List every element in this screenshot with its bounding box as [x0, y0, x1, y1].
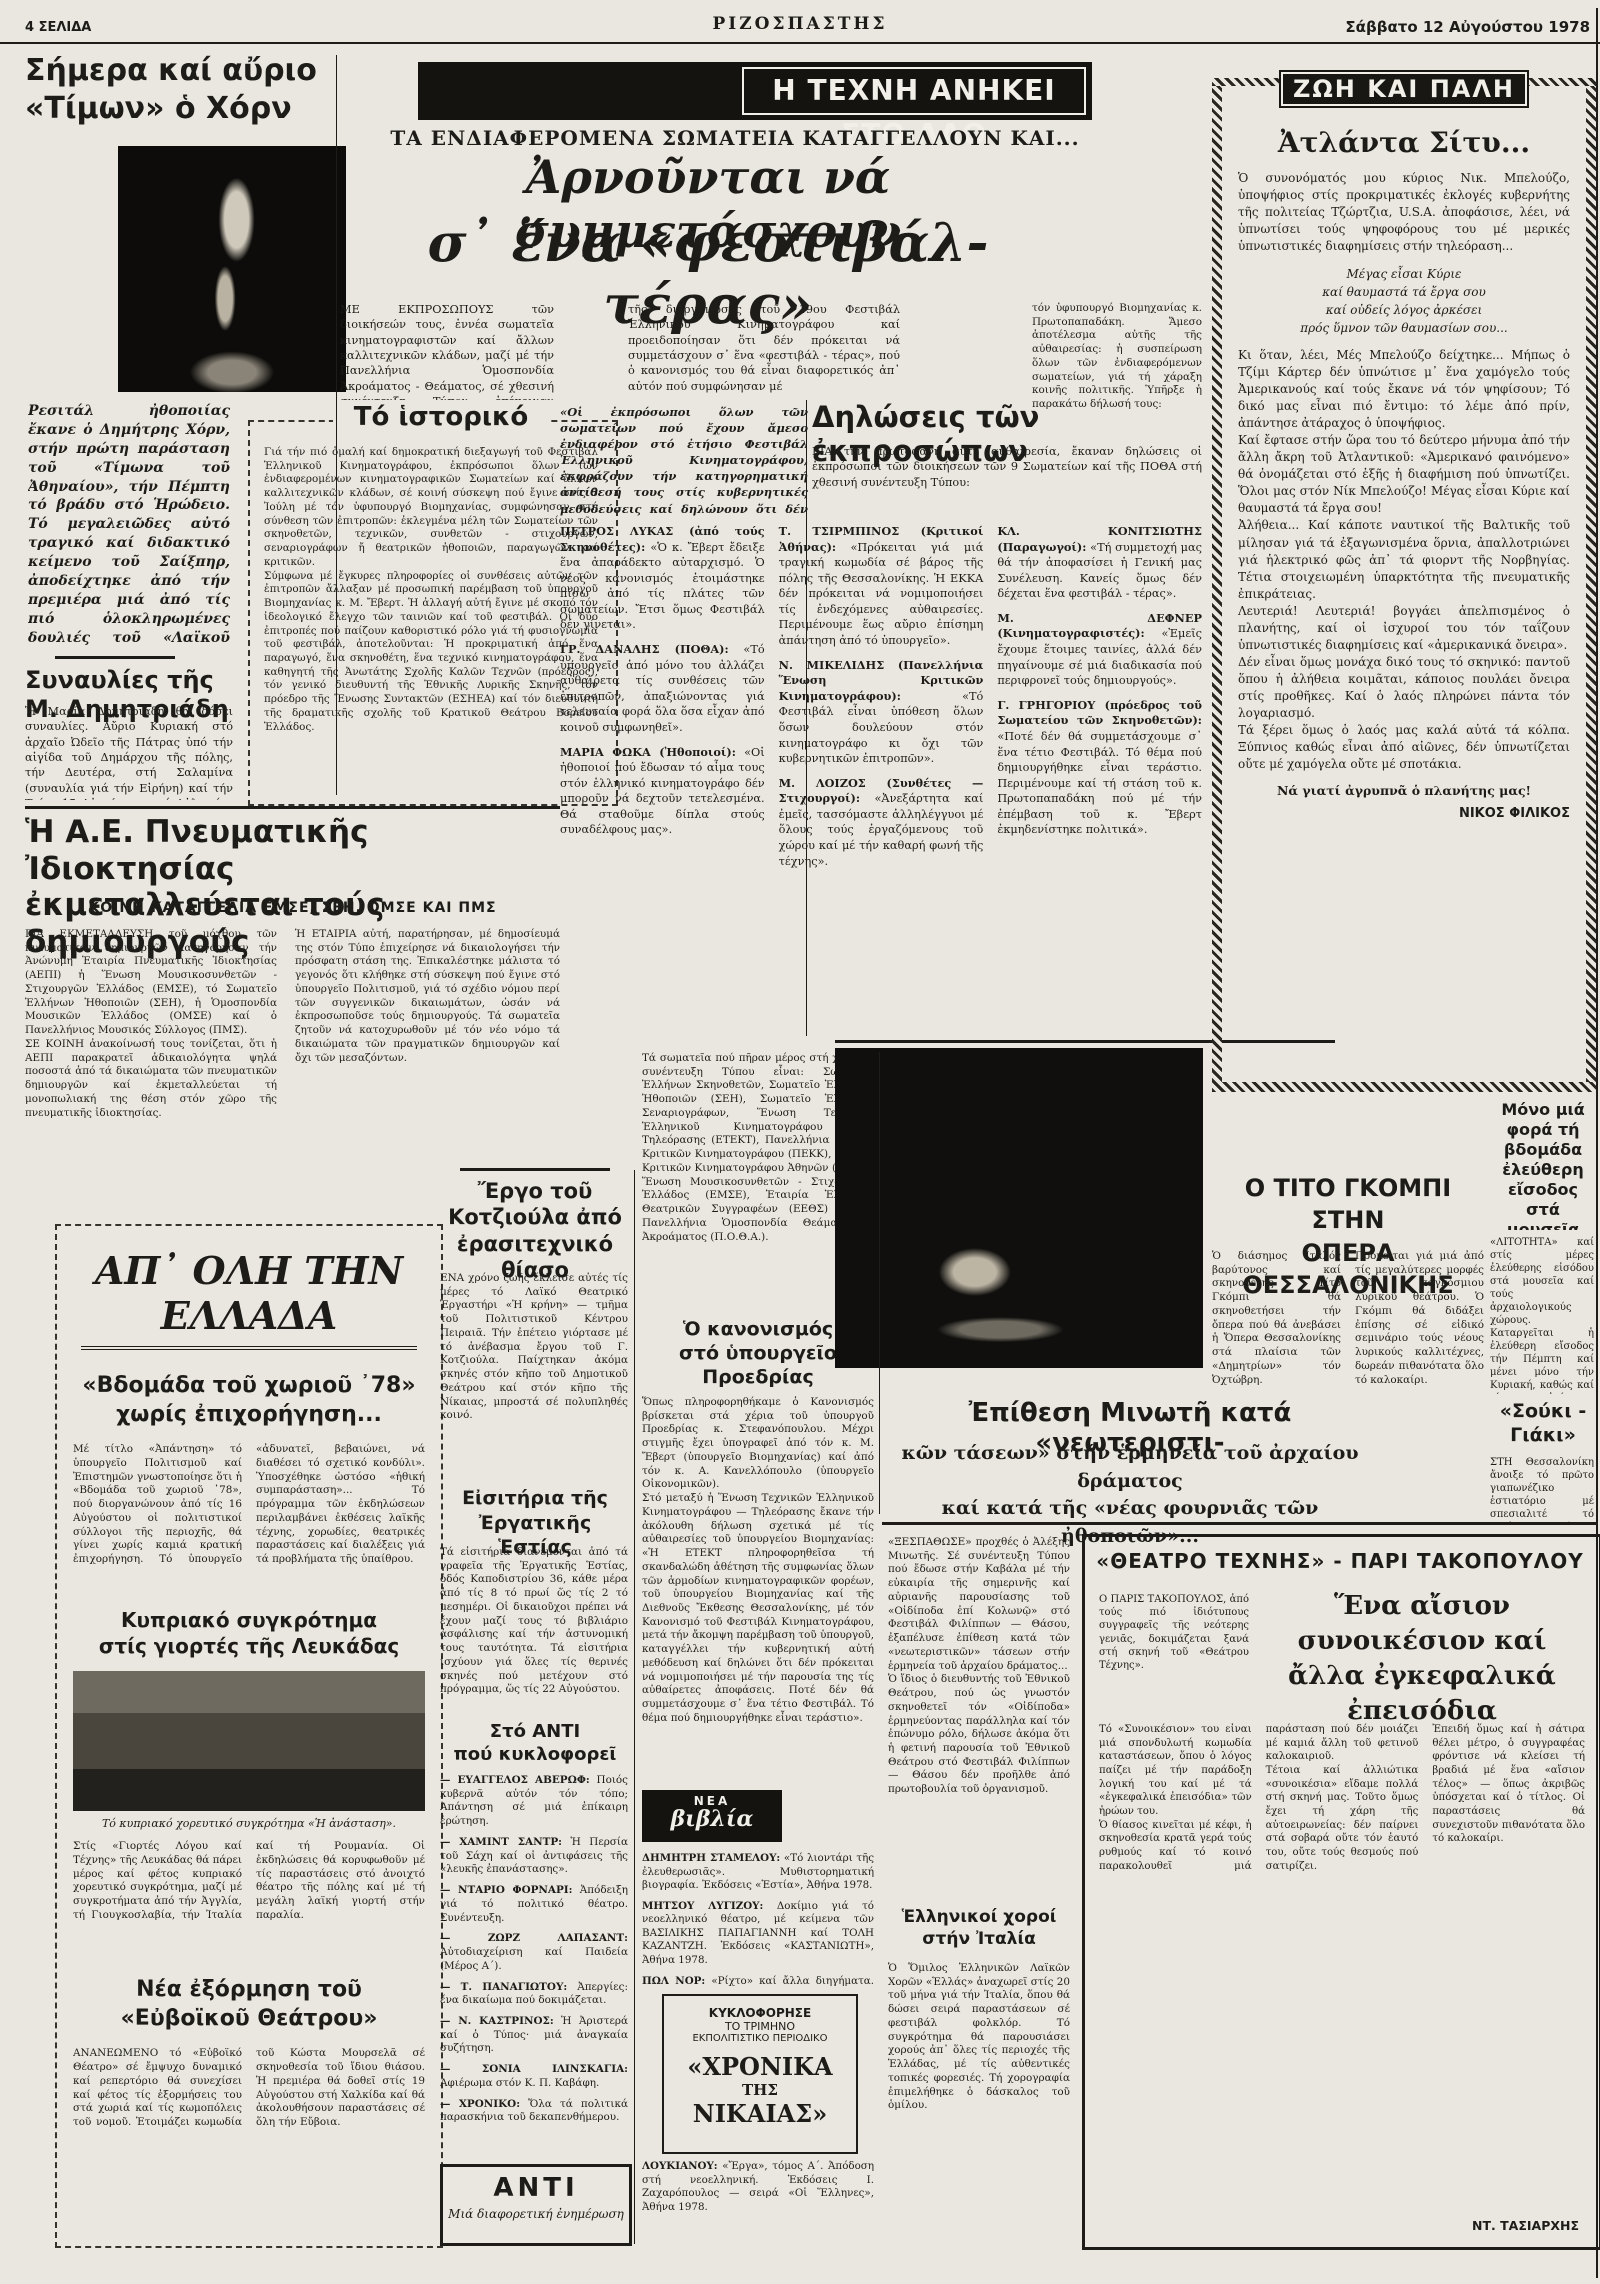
anti-item-author: Ν. ΚΑΣΤΡΙΝΟΣ: — [458, 2015, 554, 2027]
vdomada-body: Μέ τίτλο «Ἀπάντηση» τό ὑπουργεῖο Πολιτισ… — [73, 1443, 425, 1589]
anti-item-author: ΧΑΜΙΝΤ ΣΑΝΤΡ: — [459, 1836, 562, 1848]
speaker-name: Ν. ΜΙΚΕΛΙΔΗΣ (Πανελλήνια Ἕνωση Κριτικῶν … — [779, 658, 984, 703]
xoroi-body: Ὁ Ὅμιλος Ἑλληνικῶν Λαϊκῶν Χορῶν «Ἑλλάς» … — [888, 1962, 1070, 2242]
banner-title: Η ΤΕΧΝΗ ΑΝΗΚΕΙ ΣΤΟ ΛΑΟ — [742, 67, 1086, 115]
zoi-box: ΖΩΗ ΚΑΙ ΠΑΛΗ Ἀτλάντα Σίτυ... Ὁ συνονόματ… — [1212, 78, 1596, 1092]
theatro-intro: Ο ΠΑΡΙΣ ΤΑΚΟΠΟΥΛΟΣ, ἀπό τούς πιό ἰδιότυπ… — [1099, 1593, 1249, 1711]
book-item: ΜΗΤΣΟΥ ΛΥΓΙΖΟΥ: Δοκίμιο γιά τό νεοελληνι… — [642, 1900, 874, 1968]
dilosis-lead: ΓΙΑ τήν πρωτοφανή αὐτή αὐθαιρεσία, ἔκανα… — [812, 444, 1202, 516]
speaker-quote: «Τό ὑπουργεῖο ἀπό μόνο του ἀλλάζει αὐθαί… — [560, 643, 765, 734]
zoi-border-left — [1212, 78, 1222, 1092]
zoi-border-right — [1586, 78, 1596, 1092]
zoi-verse: Μέγας εἶσαι Κύριε καί θαυμαστά τά ἔργα σ… — [1238, 265, 1570, 337]
xronika-box: ΚΥΚΛΟΦΟΡΗΣΕ ΤΟ ΤΡΙΜΗΝΟ ΕΚΠΟΛΙΤΙΣΤΙΚΟ ΠΕΡ… — [662, 1994, 858, 2154]
loukianos-entry: ΛΟΥΚΙΑΝΟΥ: «Ἔργα», τόμος Α΄. Ἀπόδοση στή… — [642, 2160, 874, 2244]
minotis-body: «ΞΕΣΠΑΘΩΣΕ» προχθές ὁ Ἀλέξης Μινωτῆς. Σέ… — [888, 1536, 1070, 1896]
loukianos-author: ΛΟΥΚΙΑΝΟΥ: — [642, 2160, 718, 2172]
nea-vivlia-label-bottom: βιβλία — [642, 1808, 782, 1830]
divider — [460, 1168, 610, 1171]
xoroi-headline-line1: Ἑλληνικοί χοροί — [902, 1907, 1057, 1927]
zoi-headline: Ἀτλάντα Σίτυ... — [1232, 126, 1576, 159]
theatro-headline: Ἕνα αἴσιον συνοικέσιον καίἄλλα ἐγκεφαλικ… — [1257, 1589, 1587, 1729]
quote-item: Ν. ΜΙΚΕΛΙΔΗΣ (Πανελλήνια Ἕνωση Κριτικῶν … — [779, 658, 984, 767]
timon-photo — [118, 146, 346, 392]
vdomada-headline-line2: χωρίς ἐπιχορήγηση... — [116, 1402, 382, 1427]
historic-body: Γιά τήν πιό ὁμαλή καί δημοκρατική διεξαγ… — [264, 446, 598, 790]
quote-item: Τ. ΤΣΙΡΜΠΙΝΟΣ (Κριτικοί Ἀθήνας): «Πρόκει… — [779, 524, 984, 649]
anti-list-item: ΧΡΟΝΙΚΟ: Ὅλα τά πολιτικά παρασκήνια τοῦ … — [440, 2098, 628, 2125]
anti-ad-title: ΑΝΤΙ — [443, 2173, 629, 2203]
eisitiria-headline-line1: Εἰσιτήρια τῆς — [462, 1487, 608, 1509]
souki-headline-line2: Γιάκι» — [1510, 1424, 1576, 1446]
dilosis-quotes: ΠΕΤΡΟΣ ΛΥΚΑΣ (ἀπό τούς Σκηνοθέτες): «Ὁ κ… — [560, 524, 1202, 1038]
column-rule — [806, 400, 807, 1036]
ap-oli-title: ΑΠ᾽ ΟΛΗ ΤΗΝ ΕΛΛΑΔΑ — [81, 1248, 417, 1350]
kanonismos-headline-line3: Προεδρίας — [702, 1366, 814, 1388]
xronika-line3: ΕΚΠΟΛΙΤΙΣΤΙΚΟ ΠΕΡΙΟΔΙΚΟ — [664, 2033, 856, 2044]
kanonismos-body: Ὅπως πληροφορηθήκαμε ὁ Κανονισμός βρίσκε… — [642, 1396, 874, 1782]
zoi-border-top-right — [1526, 78, 1596, 86]
kypriako-headline-line2: στίς γιορτές τῆς Λευκάδας — [99, 1634, 399, 1658]
anti-list-item: ΣΟΝΙΑ ΙΛΙΝΣΚΑΓΙΑ: Ἀφιέρωμα στόν Κ. Π. Κα… — [440, 2063, 628, 2090]
aepi-col1: ΓΙΑ ΕΚΜΕΤΑΛΛΕΥΣΗ τοῦ μόχθου τῶν πνευματι… — [25, 928, 277, 1166]
quote-item: ΠΕΤΡΟΣ ΛΥΚΑΣ (ἀπό τούς Σκηνοθέτες): «Ὁ κ… — [560, 524, 765, 633]
quote-item: ΜΑΡΙΑ ΦΩΚΑ (Ἠθοποιοί): «Οἱ ἠθοποιοί πού … — [560, 745, 765, 838]
sto-anti-headline-line1: Στό ΑΝΤΙ — [490, 1721, 580, 1742]
kotzioulas-headline: Ἔργο τοῦΚοτζιούλα ἀπόἐρασιτεχνικό θίασο — [440, 1178, 630, 1283]
speaker-name: ΜΑΡΙΑ ΦΩΚΑ (Ἠθοποιοί): — [560, 745, 736, 759]
kotzioulas-headline-line2: Κοτζιούλα ἀπό — [448, 1205, 622, 1229]
masthead: ΡΙΖΟΣΠΑΣΤΗΣ — [650, 14, 950, 34]
book-author: ΠΩΛ ΝΟΡ: — [642, 1975, 705, 1987]
zoi-paragraph-1: Ὁ συνονόματός μου κύριος Νικ. Μπελούζο, … — [1238, 170, 1570, 255]
book-author: ΜΗΤΣΟΥ ΛΥΓΙΖΟΥ: — [642, 1900, 763, 1912]
timon-headline: Σήμερα καί αὔριο «Τίμων» ὁ Χόρν — [25, 52, 333, 127]
column-rule — [879, 1052, 880, 1514]
theatro-box: «ΘΕΑΤΡΟ ΤΕΧΝΗΣ» - ΠΑΡΙ ΤΑΚΟΠΟΥΛΟΥ Ο ΠΑΡΙ… — [1082, 1534, 1600, 2250]
theatro-body: Τό «Συνοικέσιον» του εἶναι μιά σπονδυλωτ… — [1099, 1723, 1585, 2193]
anti-list-item: ΧΑΜΙΝΤ ΣΑΝΤΡ: Ἡ Περσία τοῦ Σάχη καί οἱ ἀ… — [440, 1836, 628, 1877]
anti-list-item: ΝΤΑΡΙΟ ΦΟΡΝΑΡΙ: Ἀπόδειξη γιά τό πολιτικό… — [440, 1884, 628, 1925]
kotzioulas-headline-line1: Ἔργο τοῦ — [478, 1179, 593, 1203]
anti-item-author: ΕΥΑΓΓΕΛΟΣ ΑΒΕΡΩΦ: — [457, 1774, 589, 1786]
theatro-headline-line1: Ἕνα αἴσιον συνοικέσιον καί — [1298, 1591, 1547, 1656]
xoroi-headline: Ἑλληνικοί χοροίστήν Ἰταλία — [888, 1906, 1070, 1950]
theatro-headline-line2: ἄλλα ἐγκεφαλικά ἐπεισόδια — [1288, 1661, 1556, 1726]
kypriako-headline-line1: Κυπριακό συγκρότημα — [121, 1608, 377, 1632]
anti-item-author: Τ. ΠΑΝΑΓΙΩΤΟΥ: — [461, 1981, 568, 1993]
concerts-body: Ἡ Μαρία Δημητριάδη θά δόσει συναυλίες. Α… — [25, 704, 233, 800]
sto-anti-list: ΕΥΑΓΓΕΛΟΣ ΑΒΕΡΩΦ: Ποιός κυβερνᾶ αὐτόν τό… — [440, 1774, 628, 2156]
mouseia-body: «ΛΙΤΟΤΗΤΑ» καί στίς μέρες ἐλεύθερης εἰσό… — [1490, 1236, 1594, 1394]
aepi-kicker: ΚΟΙΝΗ ΚΑΤΑΓΓΕΛΙΑ ΕΜΣΕ, ΣΕΗ, ΟΜΣΕ ΚΑΙ ΠΜΣ — [25, 900, 560, 916]
zoi-box-title: ΖΩΗ ΚΑΙ ΠΑΛΗ — [1279, 70, 1529, 108]
sto-anti-headline-line2: πού κυκλοφορεῖ — [454, 1744, 617, 1765]
book-author: ΔΗΜΗΤΡΗ ΣΤΑΜΕΛΟΥ: — [642, 1852, 780, 1864]
nea-vivlia-list: ΔΗΜΗΤΡΗ ΣΤΑΜΕΛΟΥ: «Τό λιοντάρι τῆς ἐλευθ… — [642, 1852, 874, 1988]
divider — [25, 806, 560, 809]
sto-anti-headline: Στό ΑΝΤΙπού κυκλοφορεῖ — [440, 1720, 630, 1767]
speaker-name: ΓΡ. ΔΑΝΑΛΗΣ (ΠΟΘΑ): — [560, 642, 729, 656]
souki-body: ΣΤΗ Θεσσαλονίκη ἄνοιξε τό πρῶτο γιαπωνέζ… — [1490, 1456, 1594, 1524]
page-number-label: 4 ΣΕΛΙΔΑ — [25, 20, 91, 35]
aepi-col2: Ἡ ΕΤΑΙΡΙΑ αὐτή, παρατήρησαν, μέ δημοσίευ… — [295, 928, 560, 1166]
speaker-quote: «Οἱ ἠθοποιοί πού ἔδωσαν τό αἷμα τους στό… — [560, 746, 765, 837]
xronika-line2: ΤΟ ΤΡΙΜΗΝΟ — [664, 2020, 856, 2033]
speaker-quote: «Πρόκειται γιά μιά τραγική κωμωδία σέ βά… — [779, 541, 984, 647]
speaker-quote: «Ποτέ δέν θά συμμετάσχουμε σ᾽ ἕνα τέτιο … — [997, 730, 1202, 836]
xronika-big1: «ΧΡΟΝΙΚΑ — [664, 2052, 856, 2081]
zoi-border-bottom — [1212, 1082, 1596, 1092]
kypriako-headline: Κυπριακό συγκρότημαστίς γιορτές τῆς Λευκ… — [67, 1607, 431, 1659]
speaker-name: Γ. ΓΡΗΓΟΡΙΟΥ (πρόεδρος τοῦ Σωματείου τῶν… — [997, 698, 1202, 728]
aepi-headline-line1: Ἡ Α.Ε. Πνευματικῆς Ἰδιοκτησίας — [25, 814, 368, 887]
anti-list-item: Ν. ΚΑΣΤΡΙΝΟΣ: Ἡ Ἀριστερά καί ὁ Τύπος· μι… — [440, 2015, 628, 2056]
concerts-headline-line1: Συναυλίες τῆς — [25, 666, 214, 694]
anti-list-item: Τ. ΠΑΝΑΓΙΩΤΟΥ: Ἀπεργίες: ἕνα δικαίωμα πο… — [440, 1981, 628, 2008]
xronika-line1: ΚΥΚΛΟΦΟΡΗΣΕ — [664, 2006, 856, 2020]
minotis-divider — [882, 1522, 1596, 1525]
theatro-signature: ΝΤ. ΤΑΣΙΑΡΧΗΣ — [1472, 2218, 1579, 2233]
anti-item-text: Ἀφιέρωμα στόν Κ. Π. Καβάφη. — [440, 2077, 599, 2089]
anti-item-author: ΧΡΟΝΙΚΟ: — [459, 2098, 520, 2110]
anti-item-text: Αὐτοδιαχείριση καί Παιδεία (Μέρος Α΄). — [440, 1946, 628, 1972]
timon-caption: Ρεσιτάλ ἠθοποιίας ἔκανε ὁ Δημήτρης Χόρν,… — [28, 402, 230, 648]
anti-item-author: ΣΟΝΙΑ ΙΛΙΝΣΚΑΓΙΑ: — [482, 2063, 628, 2075]
zoi-body: Ὁ συνονόματός μου κύριος Νικ. Μπελούζο, … — [1238, 170, 1570, 1070]
festival-intro-col1: ΜΕ ΕΚΠΡΟΣΩΠΟΥΣ τῶν διοικήσεών τους, ἐννέ… — [340, 302, 554, 400]
evoiko-headline-line2: «Εὐβοϊκοῦ Θεάτρου» — [121, 2006, 378, 2031]
anti-list-item: ΕΥΑΓΓΕΛΟΣ ΑΒΕΡΩΦ: Ποιός κυβερνᾶ αὐτόν τό… — [440, 1774, 628, 1829]
column-rule — [634, 1170, 635, 2244]
kypriako-body: Στίς «Γιορτές Λόγου καί Τέχνης» τῆς Λευκ… — [73, 1840, 425, 1958]
zoi-signature: ΝΙΚΟΣ ΦΙΛΙΚΟΣ — [1238, 806, 1570, 821]
lefkada-photo — [73, 1671, 425, 1811]
xoroi-headline-line2: στήν Ἰταλία — [922, 1929, 1036, 1949]
dilosis-lead-quote: «Οἱ ἐκπρόσωποι ὅλων τῶν σωματείων πού ἔχ… — [560, 404, 808, 516]
anti-ad-box: ΑΝΤΙ Μιά διαφορετική ἐνημέρωση — [440, 2164, 632, 2246]
speaker-quote: «Ὁ κ. Ἔβερτ ἔδειξε ἕνα ἀπαράδεκτο αὐταρχ… — [560, 541, 765, 632]
xronika-big2: ΤΗΣ — [664, 2081, 856, 2099]
evoiko-body: ΑΝΑΝΕΩΜΕΝΟ τό «Εὐβοϊκό Θέατρο» σέ ἔμψυχο… — [73, 2047, 425, 2247]
zoi-paragraphs: Κι ὅταν, λέει, Μές Μπελούζο δείχτηκε... … — [1238, 347, 1570, 773]
quote-item: ΓΡ. ΔΑΝΑΛΗΣ (ΠΟΘΑ): «Τό ὑπουργεῖο ἀπό μό… — [560, 642, 765, 735]
newspaper-page: 4 ΣΕΛΙΔΑ ΡΙΖΟΣΠΑΣΤΗΣ Σάββατο 12 Αὐγούστο… — [0, 0, 1600, 2284]
zoi-closing: Νά γιατί ἀγρυπνᾶ ὁ πλανήτης μας! — [1238, 783, 1570, 798]
quote-item: Γ. ΓΡΗΓΟΡΙΟΥ (πρόεδρος τοῦ Σωματείου τῶν… — [997, 698, 1202, 838]
vdomada-headline-line1: «Βδομάδα τοῦ χωριοῦ ᾽78» — [82, 1373, 415, 1398]
theatro-box-title: «ΘΕΑΤΡΟ ΤΕΧΝΗΣ» - ΠΑΡΙ ΤΑΚΟΠΟΥΛΟΥ — [1095, 1549, 1585, 1573]
kanonismos-headline-line1: Ὁ κανονισμός — [683, 1318, 833, 1340]
date-line: Σάββατο 12 Αὐγούστου 1978 — [1280, 18, 1590, 36]
evoiko-headline: Νέα ἐξόρμηση τοῦ«Εὐβοϊκοῦ Θεάτρου» — [67, 1976, 431, 2033]
festival-kicker: ΤΑ ΕΝΔΙΑΦΕΡΟΜΕΝΑ ΣΩΜΑΤΕΙΑ ΚΑΤΑΓΓΕΛΛΟΥΝ Κ… — [390, 126, 1080, 150]
quote-item: Μ. ΛΟΙΖΟΣ (Συνθέτες — Στιχουργοί): «Ἀνεξ… — [779, 776, 984, 869]
vdomada-headline: «Βδομάδα τοῦ χωριοῦ ᾽78»χωρίς ἐπιχορήγησ… — [67, 1372, 431, 1429]
evoiko-headline-line1: Νέα ἐξόρμηση τοῦ — [136, 1977, 362, 2002]
lefkada-caption: Τό κυπριακό χορευτικό συγκρότημα «Ἡ ἀνάσ… — [73, 1817, 425, 1830]
souki-headline: «Σούκι -Γιάκι» — [1490, 1400, 1596, 1448]
souki-headline-line1: «Σούκι - — [1500, 1400, 1587, 1422]
quote-item: ΚΛ. ΚΟΝΙΤΣΙΩΤΗΣ (Παραγωγοί): «Τή συμμετο… — [997, 524, 1202, 602]
zoi-border-top-left — [1212, 78, 1282, 86]
tito-headline-line1: Ο ΤΙΤΟ ΓΚΟΜΠΙ ΣΤΗΝ — [1245, 1174, 1451, 1234]
book-item: ΠΩΛ ΝΟΡ: «Ρίχτο» καί ἄλλα διηγήματα. Σελ… — [642, 1975, 874, 1988]
nea-vivlia-badge: ΝΕΑ βιβλία — [642, 1790, 782, 1842]
art-banner: Η ΤΕΧΝΗ ΑΝΗΚΕΙ ΣΤΟ ΛΑΟ — [418, 62, 1092, 120]
eisitiria-body: Τά εἰσιτήρια διανέμονται ἀπό τά γραφεῖα … — [440, 1546, 628, 1712]
festival-intro-col2: τῆς διοργάνωσης τοῦ 19ου Φεστιβάλ Ἑλληνι… — [628, 302, 900, 396]
anti-ad-subtitle: Μιά διαφορετική ἐνημέρωση — [443, 2207, 629, 2221]
gobbi-photo — [835, 1048, 1203, 1368]
anti-item-author: ΖΩΡΖ ΛΑΠΑΣΑΝΤ: — [488, 1932, 628, 1944]
anti-list-item: ΖΩΡΖ ΛΑΠΑΣΑΝΤ: Αὐτοδιαχείριση καί Παιδεί… — [440, 1932, 628, 1973]
quote-item: Μ. ΔΕΦΝΕΡ (Κινηματογραφιστές): «Ἐμεῖς ἔχ… — [997, 611, 1202, 689]
anti-item-author: ΝΤΑΡΙΟ ΦΟΡΝΑΡΙ: — [458, 1884, 573, 1896]
ap-oli-box: ΑΠ᾽ ΟΛΗ ΤΗΝ ΕΛΛΑΔΑ «Βδομάδα τοῦ χωριοῦ ᾽… — [55, 1224, 443, 2248]
kotzioulas-body: ΕΝΑ χρόνο ζωῆς ἔκλεισε αὐτές τίς μέρες τ… — [440, 1272, 628, 1474]
kanonismos-headline-line2: στό ὑπουργεῖο — [679, 1342, 837, 1364]
column-rule — [336, 55, 337, 795]
mouseia-headline: Μόνο μιά φορά τή βδομάδα ἐλεύθερη εἴσοδο… — [1490, 1100, 1596, 1230]
historic-title: Τό ἱστορικό — [333, 402, 549, 432]
xronika-big3: ΝΙΚΑΙΑΣ» — [664, 2099, 856, 2128]
header-rule — [0, 42, 1600, 44]
book-item: ΔΗΜΗΤΡΗ ΣΤΑΜΕΛΟΥ: «Τό λιοντάρι τῆς ἐλευθ… — [642, 1852, 874, 1893]
